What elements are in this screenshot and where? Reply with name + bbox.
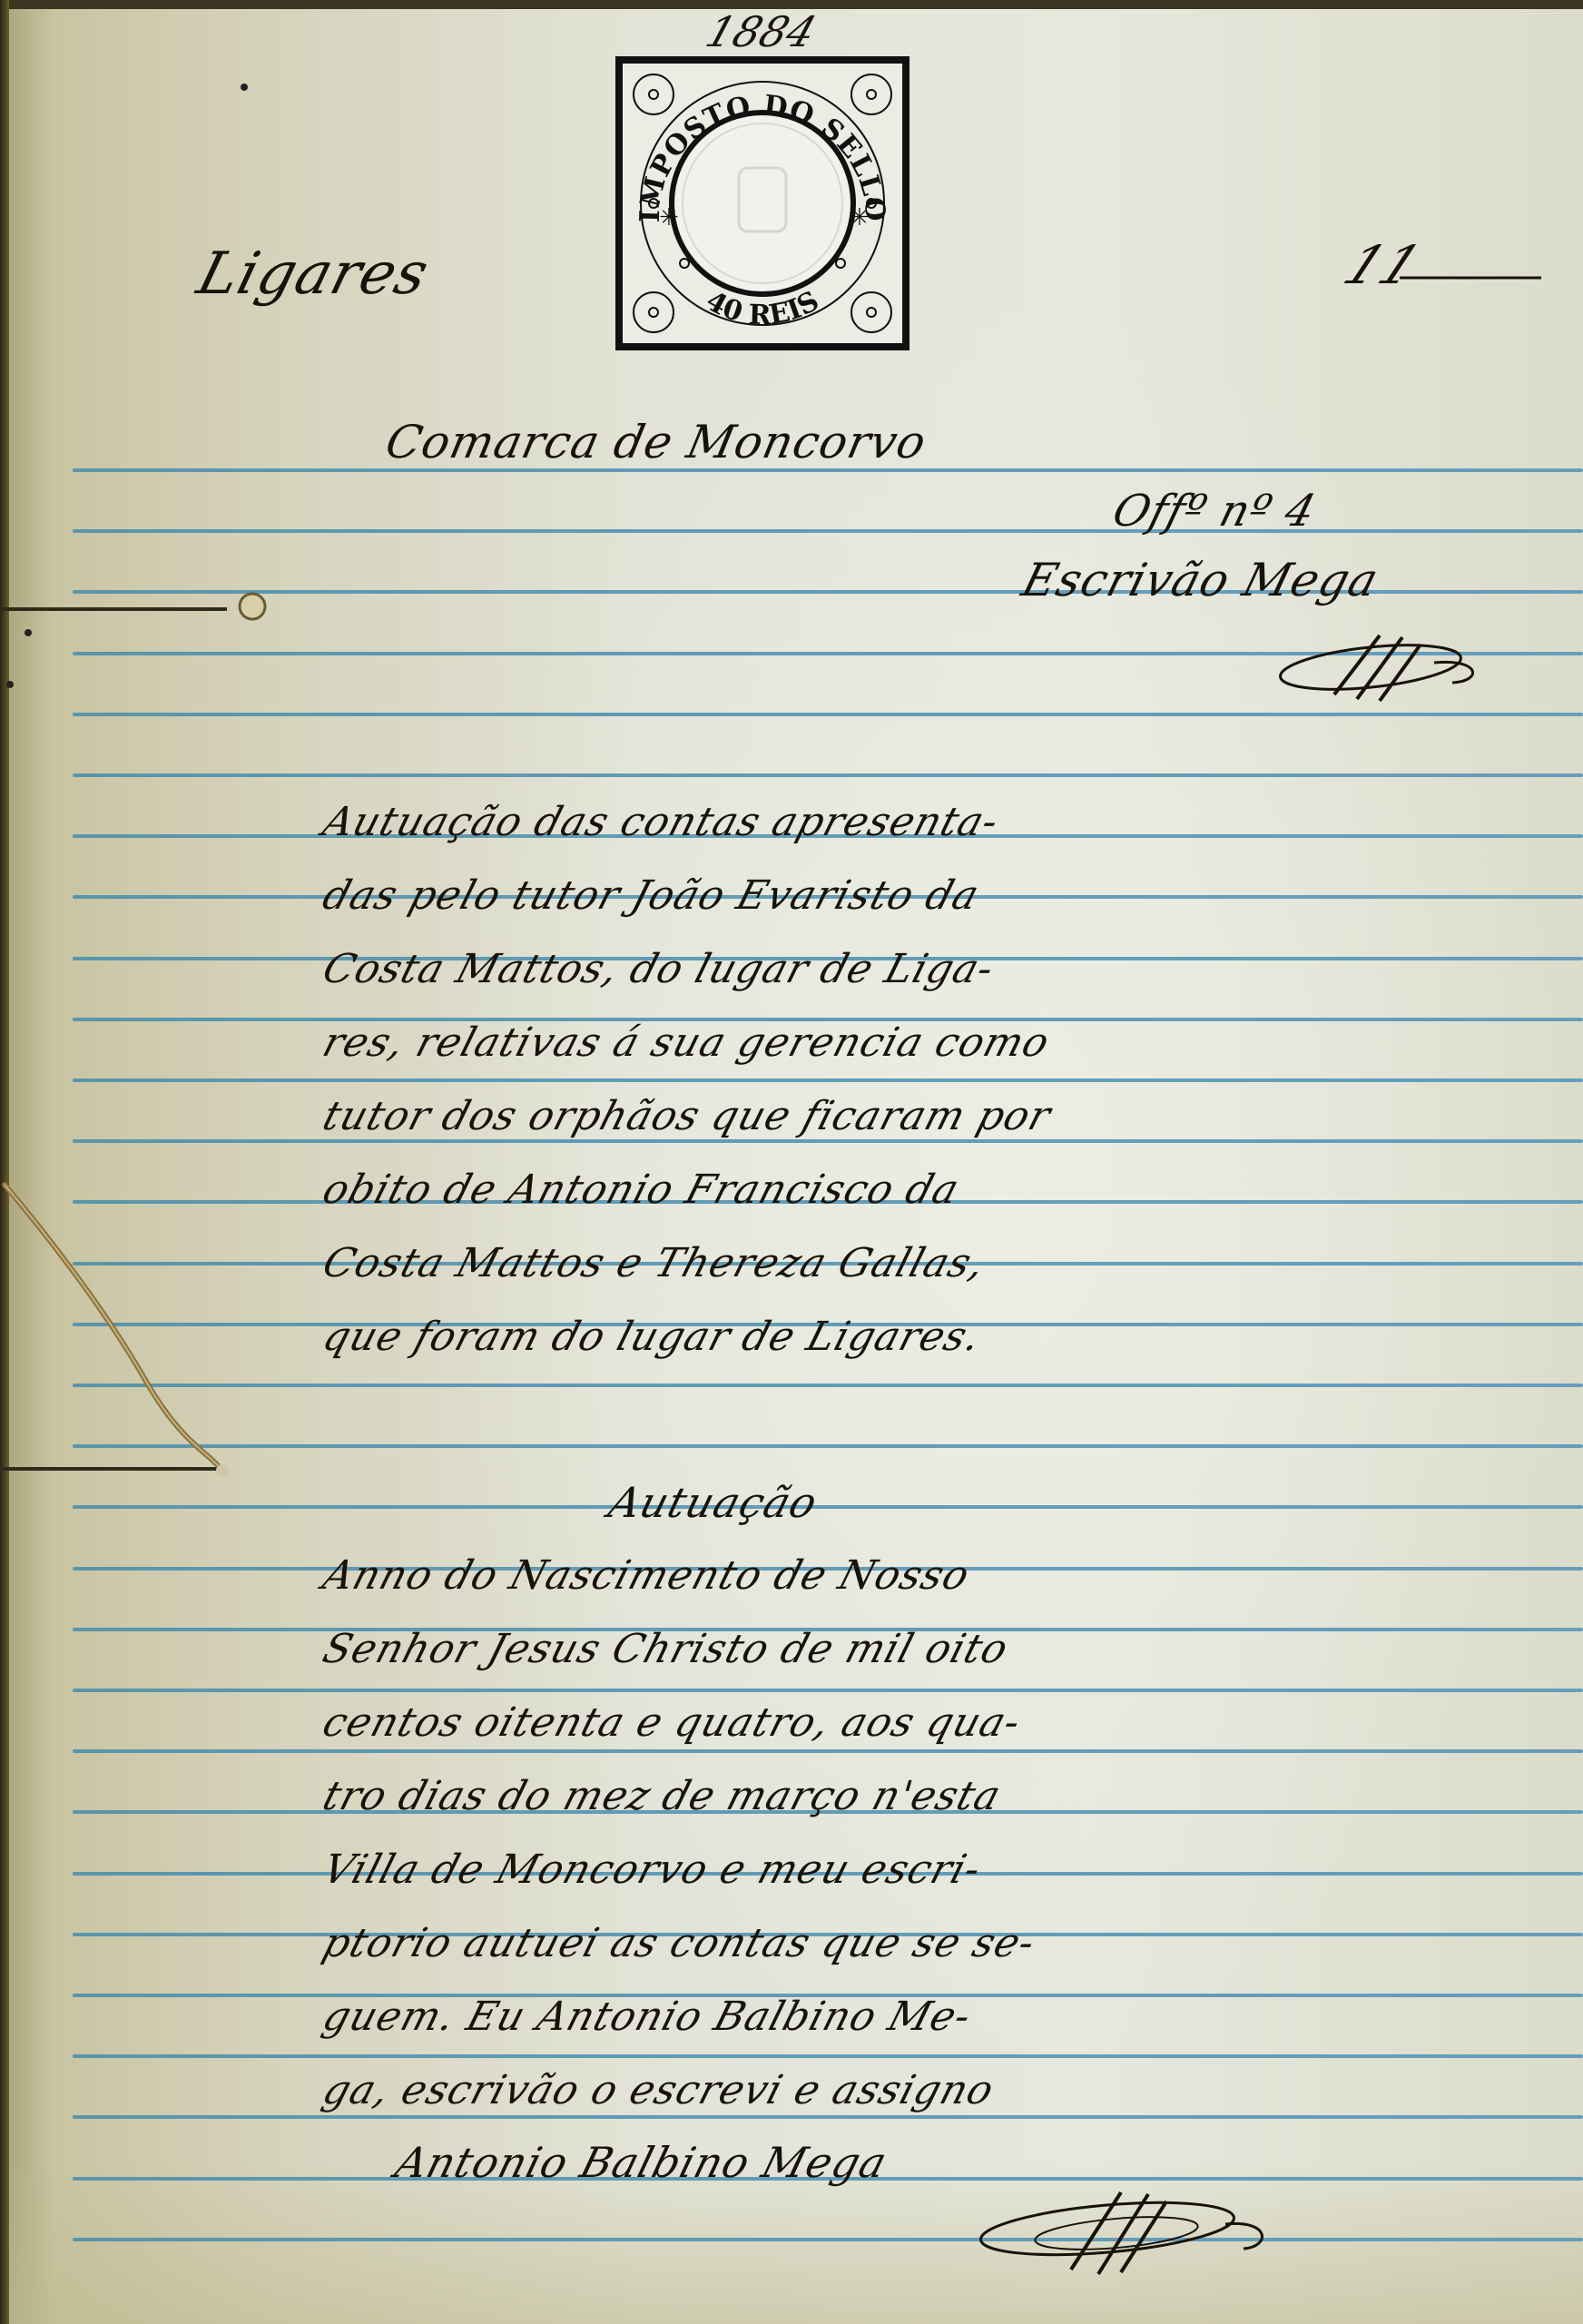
place-name-left: Ligares <box>191 241 436 308</box>
handwritten-line: que foram do lugar de Ligares. <box>318 1314 987 1360</box>
handwritten-line: tro dias do mez de março n'esta <box>318 1773 1007 1819</box>
handwritten-line: das pelo tutor João Evaristo da <box>318 872 985 919</box>
clerk-name: Escrivão Mega <box>1017 554 1384 606</box>
folio-underline <box>1398 272 1543 283</box>
handwritten-line: obito de Antonio Francisco da <box>318 1167 965 1213</box>
handwritten-line: Autuação das contas apresenta- <box>318 799 1004 845</box>
handwritten-line: Anno do Nascimento de Nosso <box>318 1552 975 1599</box>
handwritten-line: ga, escrivão o escrevi e assigno <box>318 2067 999 2113</box>
tax-stamp: IMPOSTO DO SELLO 40 REIS ✳ ✳ <box>615 56 909 350</box>
handwritten-line: ptorio autuei as contas que se se- <box>318 1920 1041 1966</box>
handwritten-line: centos oitenta e quatro, aos qua- <box>318 1699 1027 1746</box>
handwritten-line: guem. Eu Antonio Balbino Me- <box>318 1994 977 2040</box>
handwritten-line: res, relativas á sua gerencia como <box>318 1019 1055 1066</box>
handwritten-line: Costa Mattos, do lugar de Liga- <box>318 946 999 992</box>
stamp-year: 1884 <box>700 7 822 56</box>
section-heading: Autuação <box>604 1478 823 1527</box>
handwritten-line: Senhor Jesus Christo de mil oito <box>318 1626 1014 1672</box>
handwritten-line: Villa de Moncorvo e meu escri- <box>318 1846 987 1893</box>
signature: Antonio Balbino Mega <box>390 2138 892 2187</box>
office-number: Offº nº 4 <box>1107 486 1322 537</box>
svg-text:✳: ✳ <box>850 204 870 231</box>
court-name: Comarca de Moncorvo <box>381 416 931 468</box>
signature-rubric <box>971 2183 1271 2283</box>
handwritten-line: tutor dos orphãos que ficaram por <box>318 1093 1057 1139</box>
handwritten-line: Costa Mattos e Thereza Gallas, <box>318 1240 991 1286</box>
clerk-rubric <box>1271 626 1489 708</box>
svg-text:✳: ✳ <box>659 204 679 231</box>
